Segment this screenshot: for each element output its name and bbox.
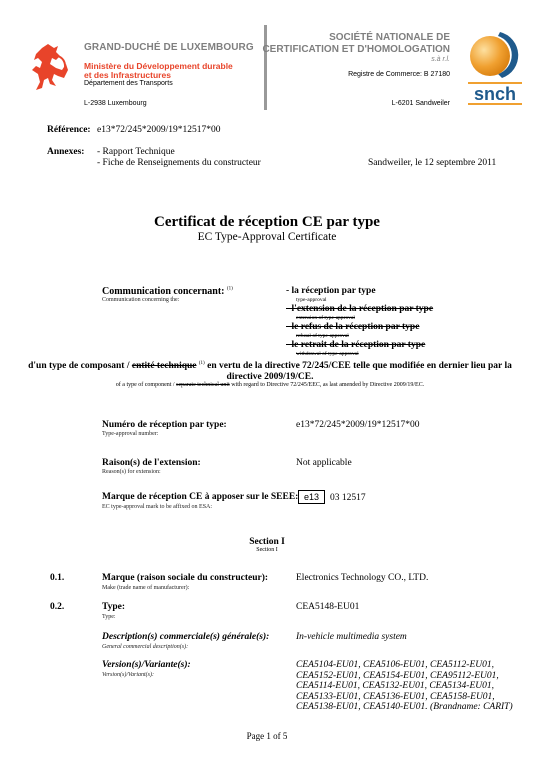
option-withdrawal: - le retrait de la réception par type wi…: [286, 340, 433, 358]
versions-line: CEA5152-EU01, CEA5154-EU01, CEA95112-EU0…: [296, 671, 513, 682]
item-number: 0.1.: [50, 573, 64, 583]
make-sublabel: Make (trade name of manufacturer):: [102, 585, 189, 591]
reference-label: Référence:: [47, 125, 91, 135]
item-number: 0.2.: [50, 602, 64, 612]
approval-number-sublabel: Type-approval number:: [102, 431, 158, 437]
registry-number: Registre de Commerce: B 27180: [348, 71, 450, 78]
legal-form: s.à r.l.: [431, 56, 450, 63]
option-refusal: - le refus de la réception par type refu…: [286, 322, 433, 340]
snch-logo-icon: snch: [462, 30, 528, 108]
versions-sublabel: Version(s)/Variant(s):: [102, 672, 154, 678]
communication-sublabel: Communication concerning the:: [102, 297, 179, 303]
description-label: Description(s) commerciale(s) générale(s…: [102, 632, 269, 642]
make-value: Electronics Technology CO., LTD.: [296, 573, 428, 583]
svg-text:snch: snch: [474, 84, 516, 104]
left-address: L-2938 Luxembourg: [84, 100, 147, 107]
extension-reason-label: Raison(s) de l'extension:: [102, 458, 201, 468]
approval-mark-sublabel: EC type-approval mark to be affixed on E…: [102, 504, 212, 510]
communication-label: Communication concernant: (1): [102, 286, 233, 297]
versions-line: CEA5114-EU01, CEA5132-EU01, CEA5134-EU01…: [296, 681, 513, 692]
make-label: Marque (raison sociale du constructeur):: [102, 573, 268, 583]
approval-mark-value: e1303 12517: [298, 490, 366, 504]
description-value: In-vehicle multimedia system: [296, 632, 407, 642]
page-number: Page 1 of 5: [0, 731, 534, 741]
right-address: L-6201 Sandweiler: [392, 100, 450, 107]
country-name: GRAND-DUCHÉ DE LUXEMBOURG: [84, 42, 254, 53]
option-type-approval: - la réception par type type-approval: [286, 286, 433, 304]
org-name: SOCIÉTÉ NATIONALE DE CERTIFICATION ET D'…: [262, 32, 450, 56]
versions-line: CEA5104-EU01, CEA5106-EU01, CEA5112-EU01…: [296, 660, 513, 671]
extension-reason-sublabel: Reason(s) for extension:: [102, 469, 161, 475]
annex-item: - Fiche de Renseignements du constructeu…: [97, 158, 261, 169]
section-heading: Section I Section I: [0, 537, 534, 553]
versions-line: CEA5138-EU01, CEA5140-EU01. (Brandname: …: [296, 702, 513, 713]
approval-mark-box: e13: [298, 490, 325, 504]
type-sublabel: Type:: [102, 614, 116, 620]
approval-mark-label: Marque de réception CE à apposer sur le …: [102, 492, 298, 502]
description-sublabel: General commercial description(s):: [102, 644, 188, 650]
communication-options: - la réception par type type-approval - …: [286, 286, 433, 358]
page-subtitle: EC Type-Approval Certificate: [0, 231, 534, 243]
reference-value: e13*72/245*2009/19*12517*00: [97, 125, 221, 135]
annexes-label: Annexes:: [47, 147, 84, 157]
versions-list: CEA5104-EU01, CEA5106-EU01, CEA5112-EU01…: [296, 660, 513, 713]
annexes-list: - Rapport Technique - Fiche de Renseigne…: [97, 147, 261, 169]
lion-logo-icon: [28, 40, 72, 95]
page-title: Certificat de réception CE par type: [0, 214, 534, 231]
directive-text-en: of a type of component / separate techni…: [20, 382, 520, 388]
ministry-name: Ministère du Développement durable et de…: [84, 62, 233, 80]
directive-text-fr: d'un type de composant / entité techniqu…: [20, 358, 520, 383]
versions-label: Version(s)/Variante(s):: [102, 660, 191, 670]
option-extension: - l'extension de la réception par type e…: [286, 304, 433, 322]
approval-number-value: e13*72/245*2009/19*12517*00: [296, 420, 420, 430]
versions-line: CEA5133-EU01, CEA5136-EU01, CEA5158-EU01…: [296, 692, 513, 703]
approval-number-label: Numéro de réception par type:: [102, 420, 227, 430]
extension-reason-value: Not applicable: [296, 458, 352, 468]
place-date: Sandweiler, le 12 septembre 2011: [368, 158, 496, 168]
department-name: Département des Transports: [84, 80, 173, 87]
annex-item: - Rapport Technique: [97, 147, 261, 158]
type-label: Type:: [102, 602, 125, 612]
type-value: CEA5148-EU01: [296, 602, 359, 612]
